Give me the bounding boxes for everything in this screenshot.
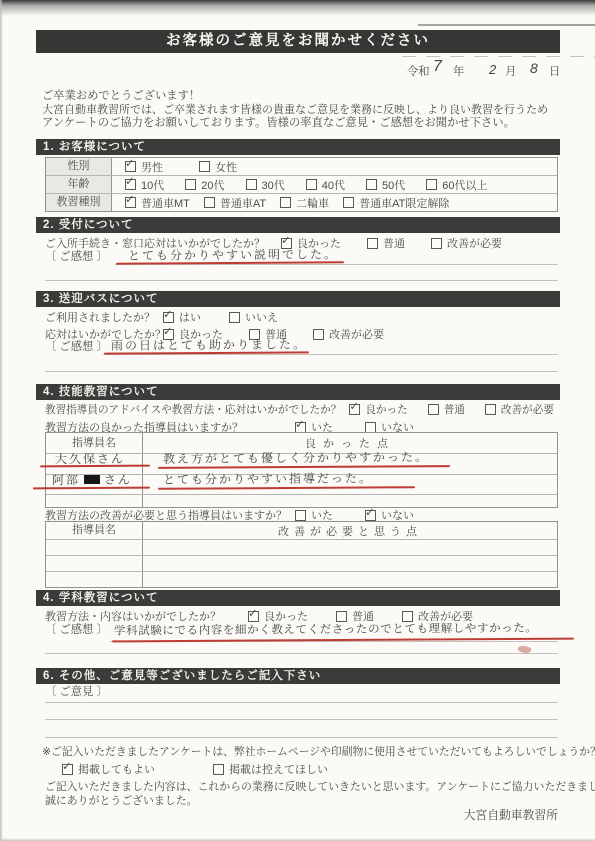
- checkbox-icon: [185, 179, 196, 190]
- checkbox-label: 掲載は控えてほしい: [229, 761, 328, 777]
- checkbox-icon: [306, 179, 317, 190]
- table-row: [46, 539, 557, 555]
- instructor-name-cell[interactable]: [46, 540, 143, 555]
- checkbox-icon: [428, 404, 439, 415]
- reception-comment-label: 〔 ご感想 〕: [45, 251, 108, 265]
- writing-line[interactable]: [45, 719, 558, 720]
- checkbox-icon: [343, 197, 354, 208]
- checkbox-icon: [295, 510, 306, 521]
- instructor2-name-part: さん: [104, 473, 132, 487]
- checkbox-icon: [349, 404, 360, 415]
- checkbox-age-40s[interactable]: 40代: [306, 177, 345, 193]
- age-row: 年齢 10代 20代 30代 40代 50代 60代以上: [46, 175, 557, 193]
- good-point-cell[interactable]: [143, 495, 557, 507]
- checkbox-icon: [485, 404, 496, 415]
- instructor2-point-handwriting: とても分かりやすい指導だった。: [163, 469, 373, 487]
- improve-point-cell[interactable]: [143, 572, 557, 587]
- gender-label: 性別: [46, 158, 112, 175]
- checkbox-skill-needs-improvement[interactable]: 改善が必要: [485, 402, 554, 417]
- checkbox-course-mt[interactable]: 普通車MT: [125, 195, 190, 211]
- checkbox-label: 女性: [215, 159, 237, 175]
- checkbox-skill-good[interactable]: 良かった: [349, 402, 407, 417]
- instructor-name-cell[interactable]: [46, 556, 143, 571]
- checkbox-age-10s[interactable]: 10代: [125, 177, 164, 193]
- scan-streak: [418, 24, 595, 26]
- checkbox-icon: [213, 764, 224, 775]
- checkbox-gender-male[interactable]: 男性: [125, 159, 163, 175]
- checkbox-label: 普通車MT: [141, 195, 190, 211]
- table-row: [46, 494, 557, 507]
- closing-line-1: ご記入いただきました内容は、これからの業務に反映していきたいと思います。アンケー…: [45, 781, 595, 795]
- checkbox-label: 20代: [201, 177, 224, 193]
- date-month-value: 2: [489, 62, 496, 77]
- table-header-row: 指導員名 改善が必要と思う点: [46, 522, 557, 539]
- closing-line-2: 誠にありがとうございました。: [45, 795, 595, 809]
- checkbox-icon: [125, 161, 136, 172]
- checkbox-label: 改善が必要: [501, 402, 554, 417]
- intro-line-1: ご卒業おめでとうございます！: [42, 90, 548, 104]
- checkbox-label: 改善が必要: [447, 235, 502, 251]
- checkbox-label: 50代: [382, 177, 405, 193]
- checkbox-publication-ok[interactable]: 掲載してもよい: [62, 761, 155, 777]
- checkbox-icon: [366, 179, 377, 190]
- checkbox-course-at[interactable]: 普通車AT: [204, 195, 266, 211]
- instructor1-point-handwriting: 教え方がとても優しく分かりやすかった。: [163, 448, 429, 467]
- lecture-comment-label: 〔 ご感想 〕: [45, 624, 108, 638]
- customer-table: 性別 男性 女性 年齢 10代 20代 30代 40代 50代 60代以上 教習…: [45, 157, 558, 212]
- checkbox-icon: [280, 197, 291, 208]
- section3-heading: 3. 送迎バスについて: [36, 291, 560, 307]
- intro-line-3: アンケートのご協力をお願いしております。皆様の率直なご意見・ご感想をお聞かせ下さ…: [42, 117, 548, 131]
- bus-comment-label: 〔 ご感想 〕: [45, 341, 108, 355]
- checkbox-bus-used-no[interactable]: いいえ: [229, 309, 278, 325]
- checkbox-icon: [336, 611, 347, 622]
- school-signature: 大宮自動車教習所: [400, 809, 558, 823]
- improve-instructor-table: 指導員名 改善が必要と思う点: [45, 521, 558, 588]
- checkbox-icon: [431, 238, 442, 249]
- checkbox-course-at-limit-release[interactable]: 普通車AT限定解除: [343, 195, 449, 211]
- date-day-unit: 日: [549, 66, 560, 80]
- course-type-label: 教習種別: [46, 194, 112, 211]
- checkbox-icon: [365, 422, 376, 433]
- form-title: お客様のご意見をお聞かせください: [36, 30, 560, 53]
- course-type-row: 教習種別 普通車MT 普通車AT 二輪車 普通車AT限定解除: [46, 193, 557, 211]
- section2-heading: 2. 受付について: [36, 217, 560, 233]
- intro-line-2: 大宮自動車教習所では、ご卒業されます皆様の貴重なご意見を業務に反映し、より良い教…: [42, 104, 548, 118]
- checkbox-icon: [125, 179, 136, 190]
- improve-point-cell[interactable]: [143, 556, 557, 571]
- section6-heading: 6. その他、ご意見等ございましたらご記入下さい: [36, 668, 560, 684]
- checkbox-label: 良かった: [365, 402, 407, 417]
- table-row: [46, 571, 557, 587]
- checkbox-icon: [199, 161, 210, 172]
- writing-line[interactable]: [45, 702, 558, 703]
- instructor2-name-part: 阿部: [52, 473, 80, 487]
- checkbox-age-30s[interactable]: 30代: [246, 177, 285, 193]
- checkbox-icon: [246, 179, 257, 190]
- skill-advice-question-row: 教習指導員のアドバイスや教習方法・応対はいかがでしたか？ 良かった 普通 改善が…: [45, 402, 554, 417]
- publication-permission-row: 掲載してもよい 掲載は控えてほしい: [62, 761, 328, 777]
- checkbox-course-motorcycle[interactable]: 二輪車: [280, 195, 329, 211]
- checkbox-age-20s[interactable]: 20代: [185, 177, 224, 193]
- checkbox-label: 10代: [141, 177, 164, 193]
- checkbox-icon: [313, 329, 324, 340]
- checkbox-label: 普通: [383, 235, 405, 251]
- date-era: 令和: [407, 66, 430, 80]
- instructor-name-cell[interactable]: [46, 572, 143, 587]
- checkbox-icon: [163, 312, 174, 323]
- checkbox-reception-needs-improvement[interactable]: 改善が必要: [431, 235, 502, 251]
- date-year-value: 7: [433, 58, 442, 76]
- redaction-box: [84, 475, 100, 484]
- improve-point-cell[interactable]: [143, 540, 557, 555]
- checkbox-age-60s-plus[interactable]: 60代以上: [426, 177, 487, 193]
- checkbox-label: 掲載してもよい: [78, 761, 155, 777]
- checkbox-label: 男性: [141, 159, 163, 175]
- age-label: 年齢: [46, 176, 112, 193]
- writing-line[interactable]: [45, 371, 558, 372]
- checkbox-icon: [62, 764, 73, 775]
- table-row: [46, 555, 557, 571]
- checkbox-label: 普通車AT: [220, 195, 266, 211]
- checkbox-age-50s[interactable]: 50代: [366, 177, 405, 193]
- survey-form-scan: お客様のご意見をお聞かせください 令和 7 年 2 月 8 日 ご卒業おめでとう…: [0, 0, 595, 841]
- checkbox-label: はい: [179, 309, 201, 325]
- instructor-name-cell[interactable]: [46, 495, 143, 507]
- checkbox-gender-female[interactable]: 女性: [199, 159, 237, 175]
- other-comment-label: 〔 ご意見 〕: [45, 686, 108, 700]
- scan-streak: [402, 56, 595, 57]
- date-day-value: 8: [530, 60, 538, 76]
- section4-heading: 4. 技能教習について: [36, 384, 560, 400]
- checkbox-icon: [426, 179, 437, 190]
- checkbox-reception-normal[interactable]: 普通: [367, 235, 405, 251]
- writing-line[interactable]: [45, 737, 558, 738]
- checkbox-icon: [204, 197, 215, 208]
- column-improve-points: 改善が必要と思う点: [143, 522, 557, 539]
- checkbox-label: いいえ: [245, 309, 278, 325]
- checkbox-icon: [229, 312, 240, 323]
- checkbox-label: 二輪車: [296, 195, 329, 211]
- closing-message: ご記入いただきました内容は、これからの業務に反映していきたいと思います。アンケー…: [45, 781, 595, 808]
- checkbox-icon: [295, 422, 306, 433]
- checkbox-label: 普通車AT限定解除: [359, 195, 449, 211]
- checkbox-skill-normal[interactable]: 普通: [428, 402, 465, 417]
- publication-permission-note: ※ご記入いただきましたアンケートは、弊社ホームページや印刷物に使用させていただい…: [42, 746, 595, 760]
- intro-text: ご卒業おめでとうございます！ 大宮自動車教習所では、ご卒業されます皆様の貴重なご…: [42, 90, 548, 131]
- checkbox-label: 普通: [444, 402, 465, 417]
- date-month-unit: 月: [505, 66, 516, 80]
- writing-line[interactable]: [45, 653, 558, 654]
- skill-advice-question: 教習指導員のアドバイスや教習方法・応対はいかがでしたか？: [45, 402, 341, 417]
- checkbox-label: 30代: [262, 177, 285, 193]
- instructor2-name-handwriting: 阿部さん: [52, 471, 132, 489]
- checkbox-label: 60代以上: [442, 177, 487, 193]
- bus-used-question: ご利用されましたか？: [45, 309, 163, 325]
- lecture-comment-handwriting: 学科試験にでる内容を細かく教えてくださったのでとても理解しやすかった。: [114, 620, 538, 639]
- checkbox-label: 40代: [322, 177, 345, 193]
- checkbox-icon: [365, 510, 376, 521]
- checkbox-bus-needs-improvement[interactable]: 改善が必要: [313, 326, 384, 342]
- section1-heading: 1. お客様について: [36, 139, 560, 155]
- scan-shadow-top: [0, 0, 595, 16]
- date-year-unit: 年: [453, 66, 464, 80]
- gender-row: 性別 男性 女性: [46, 158, 557, 175]
- writing-line[interactable]: [45, 280, 558, 281]
- checkbox-icon: [367, 238, 378, 249]
- checkbox-icon: [125, 197, 136, 208]
- bus-used-question-row: ご利用されましたか？ はい いいえ: [45, 309, 278, 325]
- scan-edge-left: [0, 0, 3, 841]
- checkbox-icon: [248, 611, 259, 622]
- checkbox-publication-decline[interactable]: 掲載は控えてほしい: [213, 761, 328, 777]
- checkbox-label: 改善が必要: [329, 326, 384, 342]
- section5-heading: 4. 学科教習について: [36, 590, 560, 606]
- column-instructor-name: 指導員名: [46, 522, 143, 539]
